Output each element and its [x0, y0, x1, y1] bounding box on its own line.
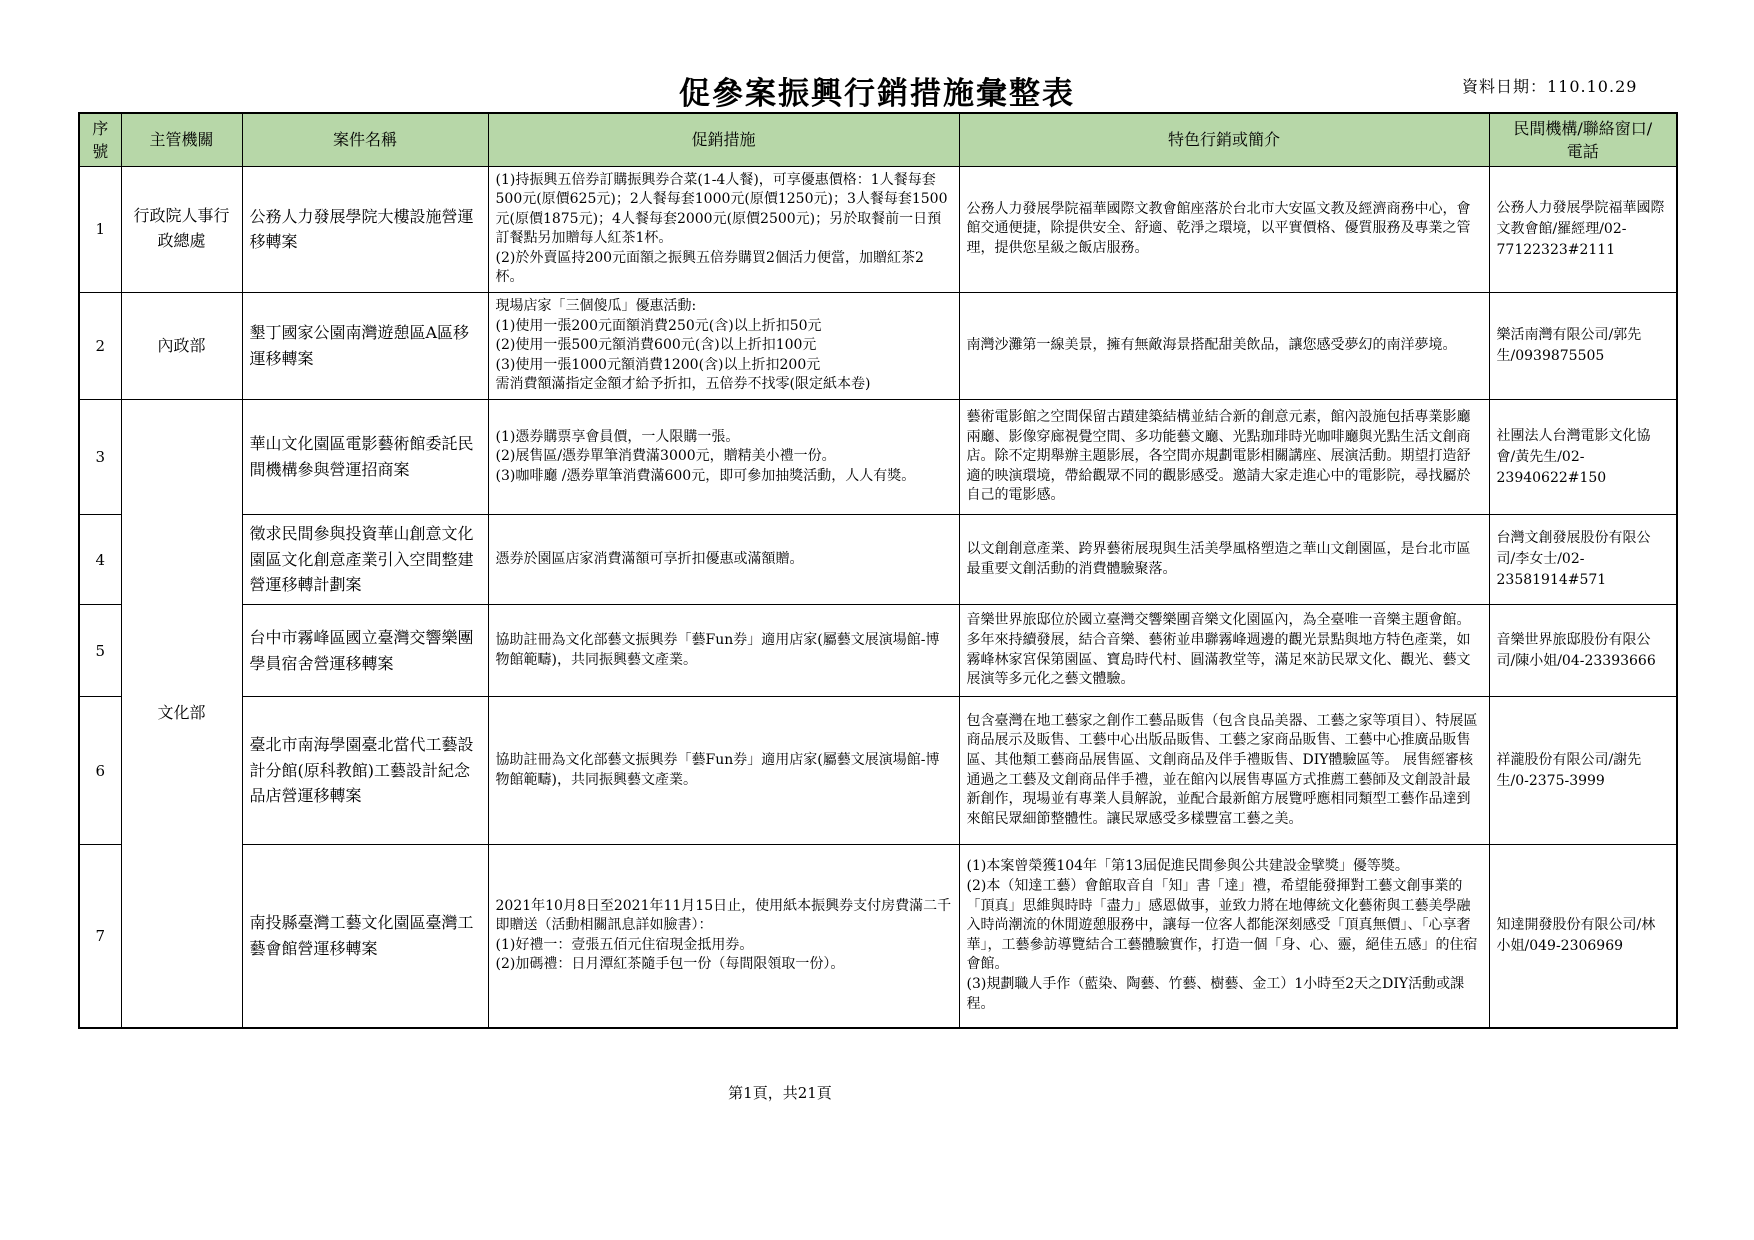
cell-feature: (1)本案曾榮獲104年「第13屆促進民間參與公共建設金擘獎」優等獎。 (2)本…: [959, 845, 1489, 1028]
cell-promotion: (1)持振興五倍券訂購振興券合菜(1-4人餐)，可享優惠價格：1人餐每套500元…: [488, 166, 959, 293]
cell-feature: 公務人力發展學院福華國際文教會館座落於台北市大安區文教及經濟商務中心，會館交通便…: [959, 166, 1489, 293]
cell-feature: 以文創創意產業、跨界藝術展現與生活美學風格塑造之華山文創園區，是台北市區最重要文…: [959, 515, 1489, 605]
cell-promotion: (1)憑券購票享會員價，一人限購一張。 (2)展售區/憑券單筆消費滿3000元，…: [488, 400, 959, 515]
cell-no: 5: [79, 605, 121, 697]
cell-promotion: 協助註冊為文化部藝文振興券「藝Fun券」適用店家(屬藝文展演場館-博物館範疇)，…: [488, 697, 959, 845]
header-no: 序 號: [79, 113, 121, 166]
table-body: 1 行政院人事行政總處 公務人力發展學院大樓設施營運移轉案 (1)持振興五倍券訂…: [79, 166, 1677, 1028]
cell-case-name: 臺北市南海學園臺北當代工藝設計分館(原科教館)工藝設計紀念品店營運移轉案: [242, 697, 488, 845]
table-row: 3 文化部 華山文化園區電影藝術館委託民間機構參與營運招商案 (1)憑券購票享會…: [79, 400, 1677, 515]
cell-contact: 音樂世界旅邸股份有限公司/陳小姐/04-23393666: [1489, 605, 1677, 697]
header-contact: 民間機構/聯絡窗口/ 電話: [1489, 113, 1677, 166]
cell-case-name: 墾丁國家公園南灣遊憩區A區移運移轉案: [242, 293, 488, 400]
cell-no: 3: [79, 400, 121, 515]
cell-agency-merged: 文化部: [121, 400, 242, 1028]
cell-feature: 包含臺灣在地工藝家之創作工藝品販售（包含良品美器、工藝之家等項目）、特展區商品展…: [959, 697, 1489, 845]
cell-agency: 內政部: [121, 293, 242, 400]
header-case: 案件名稱: [242, 113, 488, 166]
summary-table: 序 號 主管機關 案件名稱 促銷措施 特色行銷或簡介 民間機構/聯絡窗口/ 電話…: [78, 112, 1678, 1029]
cell-no: 7: [79, 845, 121, 1028]
cell-promotion: 協助註冊為文化部藝文振興券「藝Fun券」適用店家(屬藝文展演場館-博物館範疇)，…: [488, 605, 959, 697]
header-feature: 特色行銷或簡介: [959, 113, 1489, 166]
cell-promotion: 憑券於園區店家消費滿額可享折扣優惠或滿額贈。: [488, 515, 959, 605]
cell-feature: 藝術電影館之空間保留古蹟建築結構並結合新的創意元素，館內設施包括專業影廳兩廳、影…: [959, 400, 1489, 515]
page-number: 第1頁，共21頁: [0, 1082, 1560, 1103]
table-row: 4 徵求民間參與投資華山創意文化園區文化創意產業引入空間整建營運移轉計劃案 憑券…: [79, 515, 1677, 605]
cell-contact: 知達開發股份有限公司/林小姐/049-2306969: [1489, 845, 1677, 1028]
cell-no: 2: [79, 293, 121, 400]
cell-no: 1: [79, 166, 121, 293]
cell-contact: 公務人力發展學院福華國際文教會館/羅經理/02-77122323#2111: [1489, 166, 1677, 293]
table-header: 序 號 主管機關 案件名稱 促銷措施 特色行銷或簡介 民間機構/聯絡窗口/ 電話: [79, 113, 1677, 166]
header-promotion: 促銷措施: [488, 113, 959, 166]
header-agency: 主管機關: [121, 113, 242, 166]
header-row: 序 號 主管機關 案件名稱 促銷措施 特色行銷或簡介 民間機構/聯絡窗口/ 電話: [79, 113, 1677, 166]
cell-case-name: 台中市霧峰區國立臺灣交響樂團學員宿舍營運移轉案: [242, 605, 488, 697]
page-title: 促參案振興行銷措施彙整表: [78, 68, 1676, 113]
cell-contact: 祥瀧股份有限公司/謝先生/0-2375-3999: [1489, 697, 1677, 845]
cell-agency: 行政院人事行政總處: [121, 166, 242, 293]
cell-feature: 南灣沙灘第一線美景，擁有無敵海景搭配甜美飲品，讓您感受夢幻的南洋夢境。: [959, 293, 1489, 400]
cell-contact: 台灣文創發展股份有限公司/李女士/02-23581914#571: [1489, 515, 1677, 605]
cell-case-name: 華山文化園區電影藝術館委託民間機構參與營運招商案: [242, 400, 488, 515]
table-row: 7 南投縣臺灣工藝文化園區臺灣工藝會館營運移轉案 2021年10月8日至2021…: [79, 845, 1677, 1028]
table-row: 1 行政院人事行政總處 公務人力發展學院大樓設施營運移轉案 (1)持振興五倍券訂…: [79, 166, 1677, 293]
cell-contact: 社團法人台灣電影文化協會/黃先生/02-23940622#150: [1489, 400, 1677, 515]
cell-no: 6: [79, 697, 121, 845]
cell-case-name: 南投縣臺灣工藝文化園區臺灣工藝會館營運移轉案: [242, 845, 488, 1028]
cell-case-name: 徵求民間參與投資華山創意文化園區文化創意產業引入空間整建營運移轉計劃案: [242, 515, 488, 605]
cell-promotion: 2021年10月8日至2021年11月15日止，使用紙本振興券支付房費滿二千即贈…: [488, 845, 959, 1028]
table-row: 5 台中市霧峰區國立臺灣交響樂團學員宿舍營運移轉案 協助註冊為文化部藝文振興券「…: [79, 605, 1677, 697]
cell-case-name: 公務人力發展學院大樓設施營運移轉案: [242, 166, 488, 293]
cell-no: 4: [79, 515, 121, 605]
cell-promotion: 現場店家「三個傻瓜」優惠活動: (1)使用一張200元面額消費250元(含)以上…: [488, 293, 959, 400]
cell-contact: 樂活南灣有限公司/郭先生/0939875505: [1489, 293, 1677, 400]
cell-feature: 音樂世界旅邸位於國立臺灣交響樂團音樂文化園區內，為全臺唯一音樂主題會館。多年來持…: [959, 605, 1489, 697]
table-row: 2 內政部 墾丁國家公園南灣遊憩區A區移運移轉案 現場店家「三個傻瓜」優惠活動:…: [79, 293, 1677, 400]
table-row: 6 臺北市南海學園臺北當代工藝設計分館(原科教館)工藝設計紀念品店營運移轉案 協…: [79, 697, 1677, 845]
